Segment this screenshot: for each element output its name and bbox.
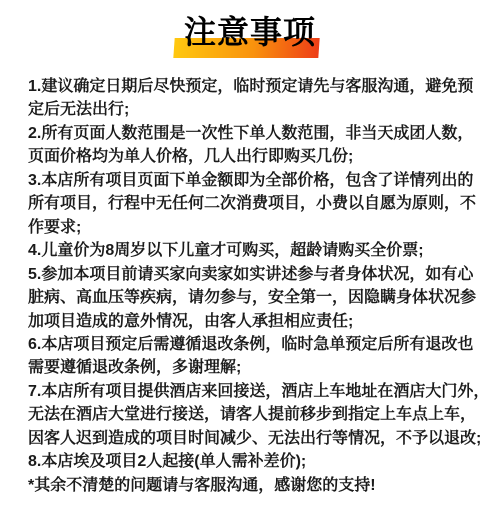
title-section: 注意事项 [0,0,500,52]
note-line: 脏病、高血压等疾病，请勿参与，安全第一，因隐瞒身体状况参 [28,286,480,309]
note-line: 作要求; [28,216,480,239]
note-line: 无法在酒店大堂进行接送，请客人提前移步到指定上车点上车， [28,403,480,426]
note-line: 加项目造成的意外情况，由客人承担相应责任; [28,310,480,333]
note-line: 4.儿童价为8周岁以下儿童才可购买，超龄请购买全价票; [28,239,480,262]
note-line: 8.本店埃及项目2人起接(单人需补差价); [28,450,480,473]
note-line: 3.本店所有项目页面下单金额即为全部价格，包含了详情列出的 [28,169,480,192]
note-line: 页面价格均为单人价格，几人出行即购买几份; [28,145,480,168]
notice-page: 注意事项 1.建议确定日期后尽快预定，临时预定请先与客服沟通，避免预定后无法出行… [0,0,500,518]
note-line: 因客人迟到造成的项目时间减少、无法出行等情况，不予以退改; [28,427,480,450]
note-line: 6.本店项目预定后需遵循退改条例，临时急单预定后所有退改也 [28,333,480,356]
note-line: *其余不清楚的问题请与客服沟通，感谢您的支持! [28,474,480,497]
notes-list: 1.建议确定日期后尽快预定，临时预定请先与客服沟通，避免预定后无法出行;2.所有… [0,52,500,497]
note-line: 定后无法出行; [28,98,480,121]
note-line: 2.所有页面人数范围是一次性下单人数范围，非当天成团人数， [28,122,480,145]
note-line: 所有项目，行程中无任何二次消费项目，小费以自愿为原则，不 [28,192,480,215]
title-container: 注意事项 [184,12,316,52]
note-line: 需要遵循退改条例，多谢理解; [28,356,480,379]
page-title: 注意事项 [184,14,316,50]
note-line: 5.参加本项目前请买家向卖家如实讲述参与者身体状况，如有心 [28,263,480,286]
note-line: 7.本店所有项目提供酒店来回接送，酒店上车地址在酒店大门外， [28,380,480,403]
note-line: 1.建议确定日期后尽快预定，临时预定请先与客服沟通，避免预 [28,75,480,98]
